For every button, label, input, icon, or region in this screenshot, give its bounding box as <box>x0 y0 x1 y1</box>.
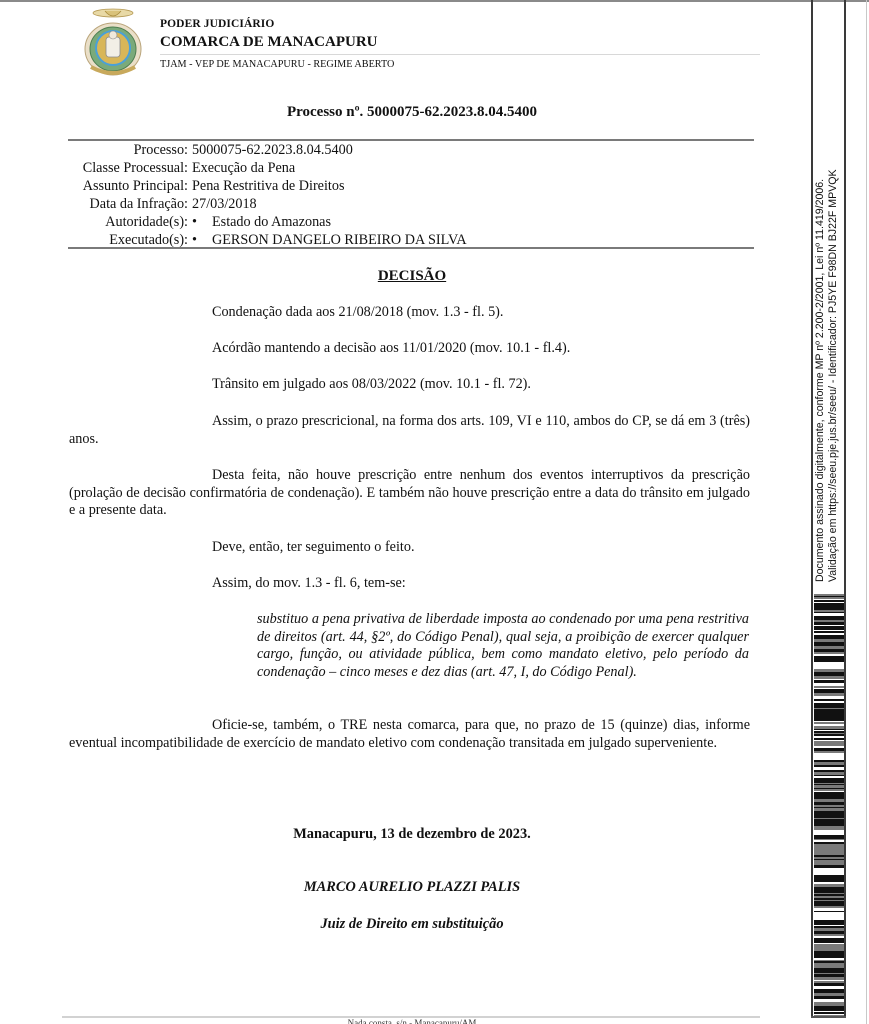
header-line-3: TJAM - VEP DE MANACAPURU - REGIME ABERTO <box>160 59 394 70</box>
stamp-border-bottom <box>811 1016 846 1018</box>
paragraph-prescricao: Desta feita, não houve prescrição entre … <box>69 467 750 520</box>
paragraph-condenacao: Condenação dada aos 21/08/2018 (mov. 1.3… <box>69 304 750 322</box>
meta-value: •Estado do Amazonas <box>188 213 331 231</box>
meta-row-assunto: Assunto Principal: Pena Restritiva de Di… <box>68 177 758 195</box>
meta-value-text: Estado do Amazonas <box>212 214 331 230</box>
judge-name: MARCO AURELIO PLAZZI PALIS <box>0 879 824 896</box>
meta-value: 27/03/2018 <box>188 195 257 213</box>
judge-role: Juiz de Direito em substituição <box>0 916 824 933</box>
meta-row-classe: Classe Processual: Execução da Pena <box>68 159 758 177</box>
meta-label: Classe Processual: <box>68 159 188 177</box>
meta-row-data-infracao: Data da Infração: 27/03/2018 <box>68 195 758 213</box>
divider-bottom <box>68 247 754 249</box>
page-edge <box>866 0 867 1024</box>
place-date: Manacapuru, 13 de dezembro de 2023. <box>0 826 824 843</box>
meta-value: 5000075-62.2023.8.04.5400 <box>188 141 353 159</box>
meta-row-autoridade: Autoridade(s): •Estado do Amazonas <box>68 213 758 231</box>
document-title: Processo nº. 5000075-62.2023.8.04.5400 <box>0 104 824 121</box>
meta-value-text: GERSON DANGELO RIBEIRO DA SILVA <box>212 232 467 248</box>
coat-of-arms-icon <box>81 5 145 81</box>
meta-label: Processo: <box>68 141 188 159</box>
meta-label: Autoridade(s): <box>68 213 188 231</box>
signature-line-2: Validação em https://seeu.pje.jus.br/see… <box>827 122 840 582</box>
signature-text: Documento assinado digitalmente, conform… <box>814 122 840 582</box>
stamp-border-right <box>844 0 846 1018</box>
signature-line-1: Documento assinado digitalmente, conform… <box>814 122 827 582</box>
footer-address: Nada consta, s/n - Manacapuru/AM <box>0 1018 824 1024</box>
paragraph-prazo: Assim, o prazo prescricional, na forma d… <box>69 413 750 448</box>
quoted-sentence: substituo a pena privativa de liberdade … <box>257 611 749 681</box>
digital-signature-stamp: Documento assinado digitalmente, conform… <box>813 0 844 1018</box>
header-line-1: PODER JUDICIÁRIO <box>160 18 274 30</box>
barcode-icon <box>814 594 844 1016</box>
bullet-icon: • <box>192 213 212 231</box>
meta-value: Pena Restritiva de Direitos <box>188 177 344 195</box>
paragraph-mov: Assim, do mov. 1.3 - fl. 6, tem-se: <box>69 575 750 593</box>
header-court-name: COMARCA DE MANACAPURU <box>160 34 377 51</box>
section-title: DECISÃO <box>0 268 824 285</box>
process-metadata: Processo: 5000075-62.2023.8.04.5400 Clas… <box>68 141 758 249</box>
meta-label: Data da Infração: <box>68 195 188 213</box>
meta-label: Assunto Principal: <box>68 177 188 195</box>
paragraph-transito: Trânsito em julgado aos 08/03/2022 (mov.… <box>69 376 750 394</box>
paragraph-acordao: Acórdão mantendo a decisão aos 11/01/202… <box>69 340 750 358</box>
paragraph-seguimento: Deve, então, ter seguimento o feito. <box>69 539 750 557</box>
paragraph-oficie: Oficie-se, também, o TRE nesta comarca, … <box>69 717 750 752</box>
top-border <box>0 0 869 2</box>
meta-row-processo: Processo: 5000075-62.2023.8.04.5400 <box>68 141 758 159</box>
meta-value: Execução da Pena <box>188 159 295 177</box>
header-divider <box>160 54 760 55</box>
